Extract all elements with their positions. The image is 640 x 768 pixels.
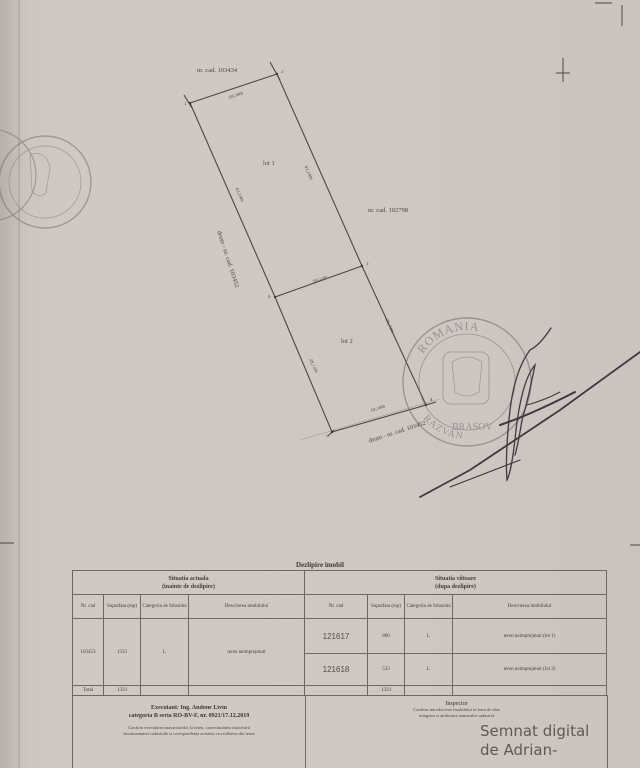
vertex-label: 1: [184, 102, 187, 107]
col-header: Suprafata (mp): [368, 595, 405, 619]
future-categoria: L: [405, 653, 453, 685]
col-header: Suprafata (mp): [104, 595, 141, 619]
north-arrow-icon: [556, 58, 570, 82]
col-header: Descrierea imobilului: [189, 595, 305, 619]
executant-note: documentatiei cadastrale si corespondent…: [73, 731, 305, 737]
corner-mark-icon: [595, 3, 622, 26]
current-nr-cad: 103453: [73, 619, 104, 686]
future-categoria: L: [405, 619, 453, 653]
future-suprafata: 533: [368, 653, 405, 685]
future-nr-cad: 121618: [305, 653, 368, 685]
dezlipire-table: Situatia actuala (inainte de dezlipire) …: [72, 570, 607, 696]
current-categoria: L: [141, 619, 189, 686]
table-title: Dezlipire imobil: [296, 561, 344, 569]
round-stamp-left: [0, 129, 91, 228]
current-descriere: teren neimprejmuit: [189, 619, 305, 686]
vertex-label: 5: [326, 434, 329, 439]
future-total: 1333: [368, 685, 405, 695]
vertex-label: 2: [281, 70, 284, 75]
future-situation-header: Situatia viitoare (dupa dezlipire): [305, 571, 607, 595]
total-label: Total: [73, 685, 104, 695]
lot2-label: lot 2: [341, 338, 353, 345]
future-suprafata: 800: [368, 619, 405, 653]
current-situation-header: Situatia actuala (inainte de dezlipire): [73, 571, 305, 595]
total-row: Total 1333 1333: [73, 685, 607, 695]
vertex-label: 3: [366, 262, 369, 267]
vertex-label: 6: [268, 295, 271, 300]
future-nr-cad: 121617: [305, 619, 368, 653]
lot1-label: lot 1: [263, 160, 275, 167]
col-header: Categoria de folosinta: [141, 595, 189, 619]
col-header: Nr. cad: [305, 595, 368, 619]
neighbor-east-label: nr. cad. 102798: [368, 207, 408, 214]
inspector-note: integrata si atribuirea numarului cadast…: [306, 713, 607, 719]
current-total: 1333: [104, 685, 141, 695]
table-row: 103453 1333 L teren neimprejmuit 121617 …: [73, 619, 607, 653]
executant-authorization: categoria B seria RO-BV-F, nr. 0921/17.1…: [73, 712, 305, 720]
svg-text:BRASOV: BRASOV: [452, 422, 493, 433]
col-header: Nr. cad: [73, 595, 104, 619]
vertex-label: 4: [430, 398, 433, 403]
handwritten-signature: [420, 328, 640, 497]
col-header: Categoria de folosinta: [405, 595, 453, 619]
executant-name: Executant: Ing. Andone Liviu: [73, 704, 305, 712]
neighbor-north-label: nr. cad. 103434: [197, 67, 237, 74]
executant-box: Executant: Ing. Andone Liviu categoria B…: [72, 695, 306, 768]
current-suprafata: 1333: [104, 619, 141, 686]
digital-signature-text: Semnat digital de Adrian-: [480, 722, 589, 760]
future-descriere: teren neimprejmuit (lot 1): [453, 619, 607, 653]
future-descriere: teren neimprejmuit (lot 2): [453, 653, 607, 685]
svg-text:ROMANIA: ROMANIA: [414, 319, 480, 356]
col-header: Descrierea imobilului: [453, 595, 607, 619]
